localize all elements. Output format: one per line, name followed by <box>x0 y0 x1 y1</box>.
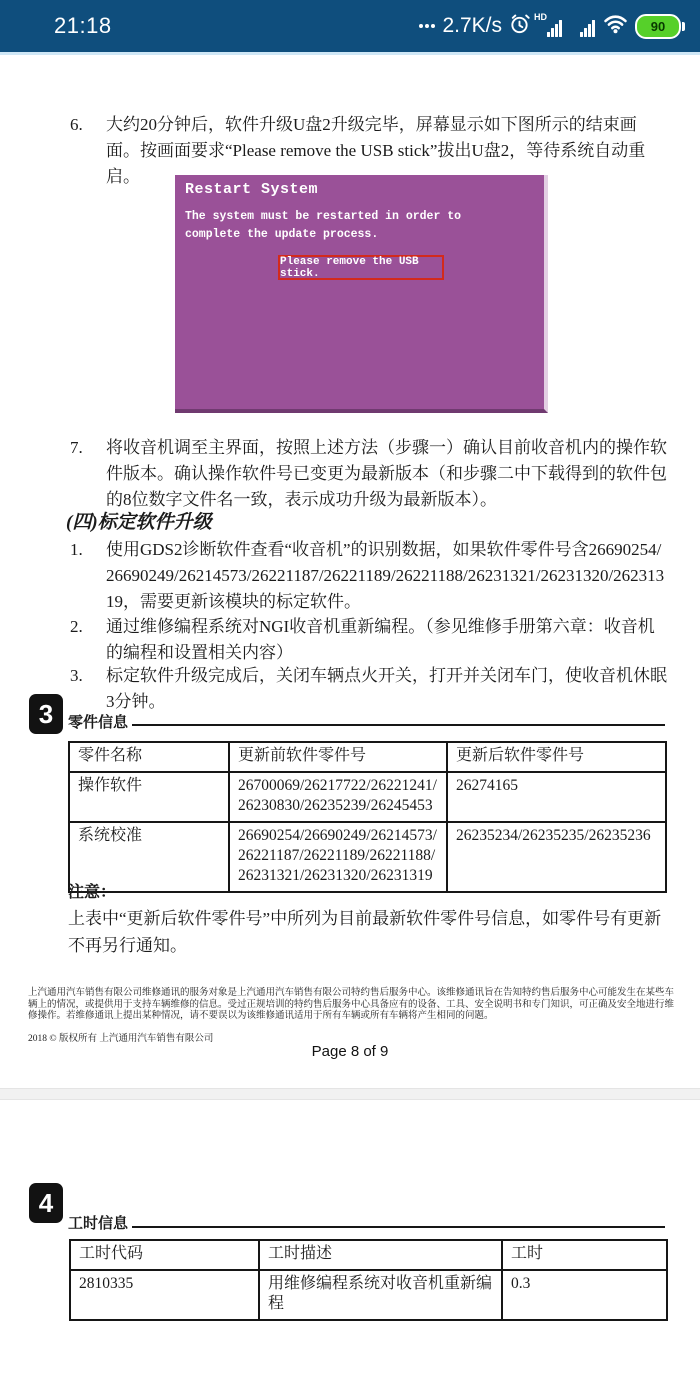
wifi-icon <box>603 14 628 39</box>
col-header-part-name: 零件名称 <box>69 742 229 772</box>
col-header-labor-code: 工时代码 <box>70 1240 259 1270</box>
battery-indicator: 90 <box>635 14 685 39</box>
data-dots-icon <box>419 24 435 28</box>
network-speed: 2.7K/s <box>442 14 502 38</box>
step-number: 1. <box>70 537 106 615</box>
labor-table-header-row: 工时代码 工时描述 工时 <box>70 1240 667 1270</box>
section4-marker: 4 <box>29 1183 63 1223</box>
document-viewer[interactable]: 6. 大约20分钟后，软件升级U盘2升级完毕，屏幕显示如下图所示的结束画面。按画… <box>0 55 700 1400</box>
step-item-7: 7. 将收音机调至主界面，按照上述方法（步骤一）确认目前收音机内的操作软件版本。… <box>70 435 668 513</box>
parts-table: 零件名称 更新前软件零件号 更新后软件零件号 操作软件 26700069/262… <box>68 741 667 893</box>
status-icons: 2.7K/s HD <box>419 13 700 40</box>
cal-step-2: 2. 通过维修编程系统对NGI收音机重新编程。（参见维修手册第六章：收音机的编程… <box>70 614 668 666</box>
restart-title: Restart System <box>185 181 318 198</box>
cell-after-numbers: 26274165 <box>447 772 666 822</box>
cell-labor-time: 0.3 <box>502 1270 667 1320</box>
restart-body-line2: complete the update process. <box>185 226 461 244</box>
cell-part-name: 操作软件 <box>69 772 229 822</box>
cell-labor-code: 2810335 <box>70 1270 259 1320</box>
parts-table-header-row: 零件名称 更新前软件零件号 更新后软件零件号 <box>69 742 666 772</box>
col-header-labor-time: 工时 <box>502 1240 667 1270</box>
cal-step-3: 3. 标定软件升级完成后，关闭车辆点火开关，打开并关闭车门，使收音机休眠3分钟。 <box>70 663 668 715</box>
table-row: 系统校准 26690254/26690249/26214573/26221187… <box>69 822 666 892</box>
col-header-labor-desc: 工时描述 <box>259 1240 502 1270</box>
restart-body-line1: The system must be restarted in order to <box>185 208 461 226</box>
section3-title: 零件信息 <box>68 711 128 732</box>
step-number: 2. <box>70 614 106 666</box>
hd-badge: HD <box>534 12 547 22</box>
note-text: 上表中“更新后软件零件号”中所列为目前最新软件零件号信息，如零件号有更新不再另行… <box>68 905 668 959</box>
step-number: 7. <box>70 435 106 513</box>
labor-table: 工时代码 工时描述 工时 2810335 用维修编程系统对收音机重新编程 0.3 <box>69 1239 668 1321</box>
sim2-signal-icon <box>570 13 596 40</box>
disclaimer-text: 上汽通用汽车销售有限公司维修通讯的服务对象是上汽通用汽车销售有限公司特约售后服务… <box>28 988 674 1023</box>
calibration-section-heading: (四)标定软件升级 <box>66 507 212 534</box>
section4-rule <box>132 1226 665 1228</box>
page-indicator: Page 8 of 9 <box>0 1043 700 1060</box>
usb-remove-highlight: Please remove the USB stick. <box>278 255 444 280</box>
step-number: 3. <box>70 663 106 715</box>
note-label: 注意： <box>68 879 116 902</box>
cal-step-1: 1. 使用GDS2诊断软件查看“收音机”的识别数据，如果软件零件号含266902… <box>70 537 668 615</box>
table-row: 2810335 用维修编程系统对收音机重新编程 0.3 <box>70 1270 667 1320</box>
col-header-before: 更新前软件零件号 <box>229 742 447 772</box>
sim1-signal-icon: HD <box>537 13 563 40</box>
phone-screen: 21:18 2.7K/s HD <box>0 0 700 1400</box>
cell-after-numbers: 26235234/26235235/26235236 <box>447 822 666 892</box>
cell-before-numbers: 26690254/26690249/26214573/26221187/2622… <box>229 822 447 892</box>
cell-before-numbers: 26700069/26217722/26221241/26230830/2623… <box>229 772 447 822</box>
step-number: 6. <box>70 112 106 190</box>
page-separator <box>0 1088 700 1100</box>
cell-labor-desc: 用维修编程系统对收音机重新编程 <box>259 1270 502 1320</box>
alarm-icon <box>509 13 530 40</box>
battery-level: 90 <box>651 19 665 34</box>
section3-marker: 3 <box>29 694 63 734</box>
step-text: 标定软件升级完成后，关闭车辆点火开关，打开并关闭车门，使收音机休眠3分钟。 <box>106 663 668 715</box>
section3-rule <box>132 724 665 726</box>
copyright-text: 2018 © 版权所有 上汽通用汽车销售有限公司 <box>28 1030 213 1044</box>
restart-screenshot: Restart System The system must be restar… <box>175 175 548 413</box>
step-text: 通过维修编程系统对NGI收音机重新编程。（参见维修手册第六章：收音机的编程和设置… <box>106 614 668 666</box>
section4-title: 工时信息 <box>68 1212 128 1233</box>
table-row: 操作软件 26700069/26217722/26221241/26230830… <box>69 772 666 822</box>
clock-time: 21:18 <box>54 13 112 39</box>
restart-body: The system must be restarted in order to… <box>185 208 461 244</box>
col-header-after: 更新后软件零件号 <box>447 742 666 772</box>
status-bar: 21:18 2.7K/s HD <box>0 0 700 52</box>
step-text: 将收音机调至主界面，按照上述方法（步骤一）确认目前收音机内的操作软件版本。确认操… <box>106 435 668 513</box>
step-text: 使用GDS2诊断软件查看“收音机”的识别数据，如果软件零件号含26690254/… <box>106 537 668 615</box>
